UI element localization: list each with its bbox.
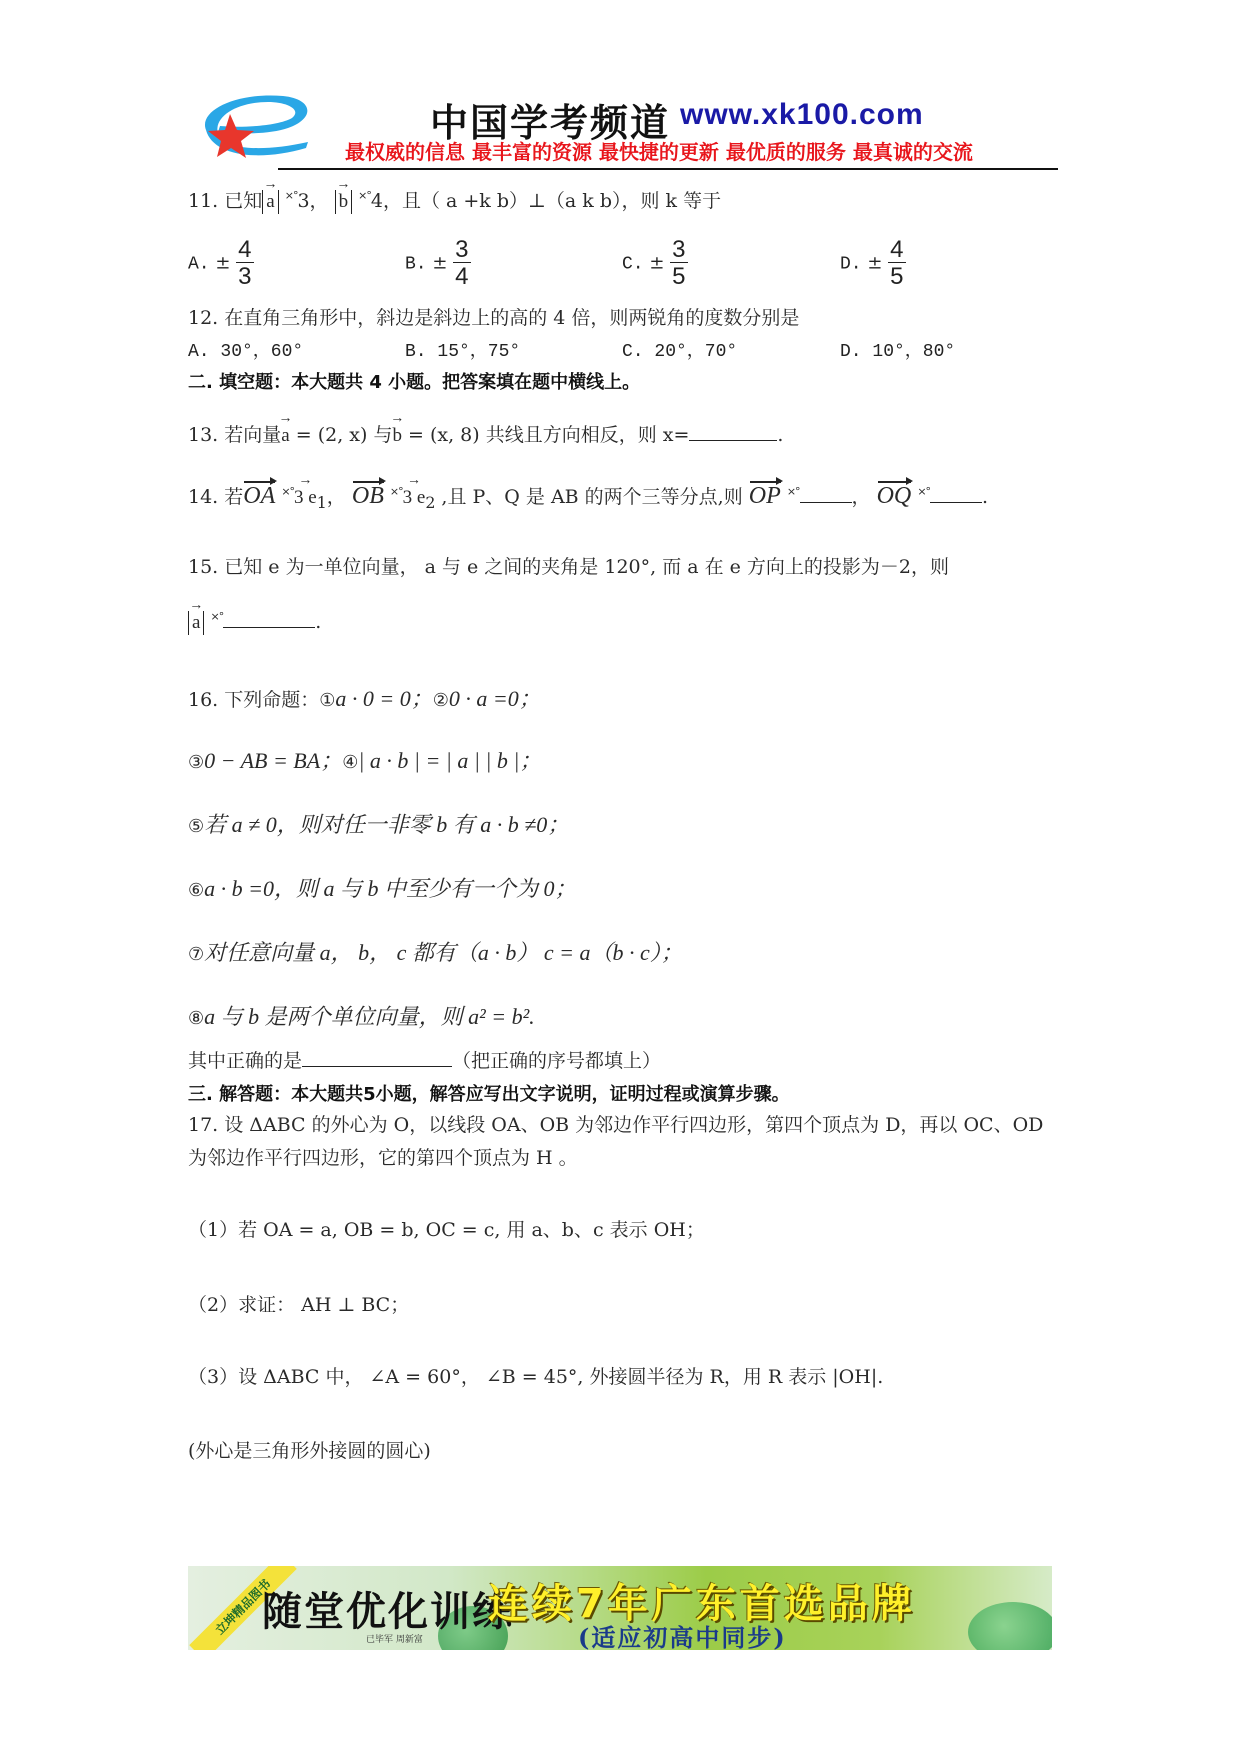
q12-option-c[interactable]: C. 20°，70° xyxy=(622,336,737,362)
question-17-line-1: 17. 设 ΔABC 的外心为 O，以线段 OA、OB 为邻边作平行四边形，第四… xyxy=(188,1110,1043,1137)
plus-minus: ± xyxy=(215,253,230,274)
item-marker: ① xyxy=(319,690,335,711)
q16-item-3: 0 − AB = BA； xyxy=(204,748,342,773)
q11-value-4: 4，且（ xyxy=(371,190,440,212)
answer-blank[interactable] xyxy=(302,1066,452,1067)
q13-prefix: 13. 若向量 xyxy=(188,424,281,446)
answer-blank-op[interactable] xyxy=(800,502,852,503)
q15-suffix: . xyxy=(315,611,321,633)
garbled-equals: ×° xyxy=(390,485,403,498)
question-16-answer: 其中正确的是（把正确的序号都填上） xyxy=(188,1046,661,1073)
vector-ob: OB xyxy=(352,483,384,510)
q11-perp: ）⊥（ xyxy=(509,190,565,212)
subscript: 2 xyxy=(425,493,435,512)
question-17-line-2: 为邻边作平行四边形，它的第四个顶点为 H 。 xyxy=(188,1143,578,1170)
vector-b: b xyxy=(392,425,402,447)
question-16-line-4: ⑥a · b =0，则 a 与 b 中至少有一个为 0； xyxy=(188,872,577,903)
item-marker: ⑧ xyxy=(188,1008,204,1029)
q12-option-a[interactable]: A. 30°，60° xyxy=(188,336,303,362)
vector-a: a xyxy=(192,612,200,635)
question-16-line-6: ⑧a 与 b 是两个单位向量，则 a² = b². xyxy=(188,1000,535,1031)
q16-answer-prefix: 其中正确的是 xyxy=(188,1050,302,1072)
question-17-part-1: （1）若 OA = a, OB = b, OC = c, 用 a、b、c 表示 … xyxy=(188,1215,705,1242)
q11-value-3: 3， xyxy=(297,190,328,212)
fraction: 34 xyxy=(453,238,470,289)
banner-subtitle: (适应初高中同步) xyxy=(578,1618,787,1650)
fraction: 43 xyxy=(236,238,253,289)
question-16-line-2: ③0 − AB = BA；④| a · b | = | a | | b |； xyxy=(188,744,541,775)
q16-item-5: 若 a ≠ 0，则对任一非零 b 有 a · b ≠0； xyxy=(204,812,569,837)
fraction: 35 xyxy=(670,238,687,289)
vector-oa: OA xyxy=(243,483,275,510)
q13-suffix: . xyxy=(777,424,783,446)
q14-3e: 3 e xyxy=(403,487,426,509)
answer-blank[interactable] xyxy=(223,627,315,628)
item-marker: ② xyxy=(433,690,449,711)
q13-mid1: = (2, x) 与 xyxy=(290,424,393,446)
item-marker: ⑦ xyxy=(188,944,204,965)
question-16-line-1: 16. 下列命题：①a · 0 = 0；②0 · a =0； xyxy=(188,682,541,713)
plus-minus: ± xyxy=(649,253,664,274)
q16-item-6: a · b =0，则 a 与 b 中至少有一个为 0； xyxy=(204,876,576,901)
garbled-equals: ×° xyxy=(917,485,930,498)
q16-item-2: 0 · a =0； xyxy=(449,686,541,711)
q11-option-b[interactable]: B. ± 34 xyxy=(405,238,471,289)
q12-option-b[interactable]: B. 15°，75° xyxy=(405,336,520,362)
banner-signature: 已毕军 周新富 xyxy=(366,1632,423,1645)
answer-blank[interactable] xyxy=(689,440,777,441)
q14-prefix: 14. 若 xyxy=(188,486,243,508)
q11-option-a[interactable]: A. ± 43 xyxy=(188,238,254,289)
leaf-decoration xyxy=(968,1602,1052,1650)
item-marker: ④ xyxy=(342,752,358,773)
item-marker: ⑤ xyxy=(188,816,204,837)
question-15-line-1: 15. 已知 e 为一单位向量， a 与 e 之间的夹角是 120°, 而 a … xyxy=(188,552,949,579)
plus-minus: ± xyxy=(867,253,882,274)
vector-op: OP xyxy=(749,483,781,510)
section-3-heading: 三. 解答题：本大题共5小题，解答应写出文字说明，证明过程或演算步骤。 xyxy=(188,1080,790,1106)
q11-prefix: 11. 已知 xyxy=(188,190,262,212)
option-label: B. xyxy=(405,255,427,275)
vector-a: a xyxy=(266,191,274,214)
q16-item-8: a 与 b 是两个单位向量，则 a² = b². xyxy=(204,1004,535,1029)
vector-b: b xyxy=(339,191,349,214)
site-slogan: 最权威的信息 最丰富的资源 最快捷的更新 最优质的服务 最真诚的交流 xyxy=(345,136,973,165)
question-14: 14. 若OA ×°3 e1， OB ×°3 e2 ,且 P、Q 是 AB 的两… xyxy=(188,482,988,512)
q11-suffix: ），则 k 等于 xyxy=(612,190,721,212)
question-11: 11. 已知a ×°3， b ×°4，且（ a +k b）⊥（a k b），则 … xyxy=(188,186,721,214)
vector-oq: OQ xyxy=(877,483,912,510)
question-17-part-3: （3）设 ΔABC 中， ∠A = 60°， ∠B = 45°, 外接圆半径为 … xyxy=(188,1362,883,1389)
question-17-part-2: （2）求证： AH ⊥ BC； xyxy=(188,1290,409,1317)
plus-minus: ± xyxy=(432,253,447,274)
q16-answer-suffix: （把正确的序号都填上） xyxy=(452,1050,661,1072)
garbled-equals: ×° xyxy=(281,485,294,498)
advertisement-banner[interactable]: 立坤精品图书 随堂优化训练 已毕军 周新富 连续7年广东首选品牌 (适应初高中同… xyxy=(188,1566,1052,1650)
question-16-line-3: ⑤若 a ≠ 0，则对任一非零 b 有 a · b ≠0； xyxy=(188,808,569,839)
option-label: D. xyxy=(840,255,862,275)
vector-a: a xyxy=(281,425,289,447)
header-divider xyxy=(278,168,1058,170)
q13-mid2: = (x, 8) 共线且方向相反，则 x= xyxy=(402,424,689,446)
garbled-equals: ×° xyxy=(358,189,371,202)
q14-mid: ,且 P、Q 是 AB 的两个三等分点,则 xyxy=(435,486,742,508)
subscript: 1 xyxy=(317,493,327,512)
q14-3e: 3 e xyxy=(294,487,317,509)
question-13: 13. 若向量a = (2, x) 与b = (x, 8) 共线且方向相反，则 … xyxy=(188,420,783,447)
question-17-note: (外心是三角形外接圆的圆心) xyxy=(188,1436,431,1463)
q11-option-c[interactable]: C. ± 35 xyxy=(622,238,688,289)
q12-option-d[interactable]: D. 10°，80° xyxy=(840,336,955,362)
garbled-equals: ×° xyxy=(285,189,298,202)
comma: ， xyxy=(327,486,346,508)
q16-item-7: 对任意向量 a， b， c 都有（a · b） c = a（b · c）； xyxy=(204,940,683,965)
logo-e-star-icon xyxy=(188,90,318,160)
question-15-line-2: a ×°. xyxy=(188,610,321,635)
option-label: A. xyxy=(188,255,210,275)
garbled-equals: ×° xyxy=(210,610,223,623)
q11-option-d[interactable]: D. ± 45 xyxy=(840,238,906,289)
q14-suffix: . xyxy=(982,486,988,508)
q11-diff: a k b xyxy=(565,190,612,212)
banner-brand: 随堂优化训练 xyxy=(262,1580,514,1637)
garbled-equals: ×° xyxy=(787,485,800,498)
q11-sum: a +k b xyxy=(446,190,509,212)
question-12: 12. 在直角三角形中，斜边是斜边上的高的 4 倍，则两锐角的度数分别是 xyxy=(188,303,799,330)
q16-item-1: a · 0 = 0； xyxy=(335,686,432,711)
comma: ， xyxy=(852,486,871,508)
answer-blank-oq[interactable] xyxy=(930,502,982,503)
question-16-line-5: ⑦对任意向量 a， b， c 都有（a · b） c = a（b · c）； xyxy=(188,936,683,967)
site-url[interactable]: www.xk100.com xyxy=(680,98,924,132)
option-label: C. xyxy=(622,255,644,275)
section-2-heading: 二. 填空题：本大题共 4 小题。把答案填在题中横线上。 xyxy=(188,368,640,394)
fraction: 45 xyxy=(888,238,905,289)
site-logo xyxy=(188,90,318,160)
item-marker: ⑥ xyxy=(188,880,204,901)
q16-intro: 16. 下列命题： xyxy=(188,689,319,711)
item-marker: ③ xyxy=(188,752,204,773)
q16-item-4: | a · b | = | a | | b |； xyxy=(358,748,541,773)
